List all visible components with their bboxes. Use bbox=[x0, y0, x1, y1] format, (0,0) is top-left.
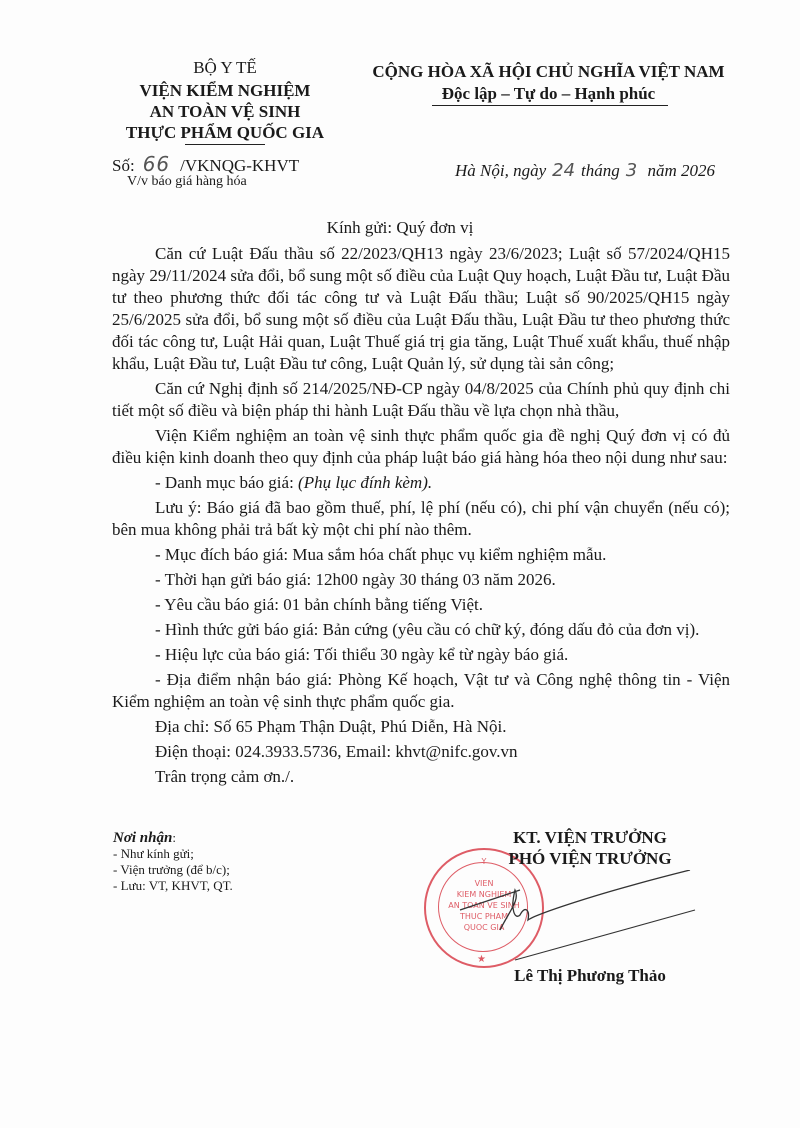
institute-name-line-2: AN TOÀN VỆ SINH bbox=[100, 101, 350, 122]
document-page: BỘ Y TẾ VIỆN KIỂM NGHIỆM AN TOÀN VỆ SINH… bbox=[0, 0, 800, 1128]
legal-basis-paragraph-2: Căn cứ Nghị định số 214/2025/NĐ-CP ngày … bbox=[112, 378, 730, 422]
document-number-handwritten: 66 bbox=[143, 152, 170, 176]
submission-form-item: - Hình thức gửi báo giá: Bản cứng (yêu c… bbox=[112, 619, 730, 641]
date-year: năm 2026 bbox=[647, 161, 715, 180]
catalog-item: - Danh mục báo giá: (Phụ lục đính kèm). bbox=[112, 472, 730, 494]
receiving-location-item: - Địa điểm nhận báo giá: Phòng Kế hoạch,… bbox=[112, 669, 730, 713]
note-paragraph: Lưu ý: Báo giá đã bao gồm thuế, phí, lệ … bbox=[112, 497, 730, 541]
contact-line: Điện thoại: 024.3933.5736, Email: khvt@n… bbox=[112, 741, 730, 763]
closing-line: Trân trọng cảm ơn./. bbox=[112, 766, 730, 788]
legal-basis-paragraph-1: Căn cứ Luật Đấu thầu số 22/2023/QH13 ngà… bbox=[112, 243, 730, 375]
document-subject: V/v báo giá hàng hóa bbox=[127, 174, 247, 190]
request-paragraph: Viện Kiểm nghiệm an toàn vệ sinh thực ph… bbox=[112, 425, 730, 469]
letter-body: Căn cứ Luật Đấu thầu số 22/2023/QH13 ngà… bbox=[112, 243, 730, 791]
date-prefix: Hà Nội, ngày bbox=[455, 161, 546, 180]
requirement-item: - Yêu cầu báo giá: 01 bản chính bằng tiế… bbox=[112, 594, 730, 616]
recipients-title-colon: : bbox=[172, 830, 176, 845]
nation-motto: Độc lập – Tự do – Hạnh phúc bbox=[366, 84, 731, 104]
date-month-label: tháng bbox=[581, 161, 620, 180]
recipients-title: Nơi nhận bbox=[113, 830, 172, 846]
catalog-label: - Danh mục báo giá: bbox=[155, 473, 298, 492]
recipients-block: Nơi nhận: - Như kính gửi; - Viện trưởng … bbox=[113, 830, 233, 894]
address-line: Địa chỉ: Số 65 Phạm Thận Duật, Phú Diễn,… bbox=[112, 716, 730, 738]
institute-name-line-1: VIỆN KIỂM NGHIỆM bbox=[100, 80, 350, 101]
validity-item: - Hiệu lực của báo giá: Tối thiểu 30 ngà… bbox=[112, 644, 730, 666]
document-number-prefix: Số: bbox=[112, 156, 135, 175]
recipient-item: - Viện trưởng (để b/c); bbox=[113, 862, 233, 878]
nation-title: CỘNG HÒA XÃ HỘI CHỦ NGHĨA VIỆT NAM bbox=[366, 62, 731, 82]
institute-name-line-3: THỰC PHẨM QUỐC GIA bbox=[100, 122, 350, 143]
contact-text: Điện thoại: 024.3933.5736, Email: khvt@n… bbox=[155, 742, 518, 761]
signature-title-line-2: PHÓ VIỆN TRƯỞNG bbox=[470, 849, 710, 869]
place-date: Hà Nội, ngày24tháng3 năm 2026 bbox=[455, 160, 715, 181]
institute-underline bbox=[185, 144, 265, 145]
purpose-item: - Mục đích báo giá: Mua sắm hóa chất phụ… bbox=[112, 544, 730, 566]
date-day-handwritten: 24 bbox=[552, 160, 575, 181]
document-number-suffix: /VKNQG-KHVT bbox=[180, 156, 299, 175]
recipient-item: - Lưu: VT, KHVT, QT. bbox=[113, 878, 233, 894]
handwritten-signature bbox=[440, 870, 700, 970]
signature-title-line-1: KT. VIỆN TRƯỞNG bbox=[470, 828, 710, 848]
motto-underline bbox=[432, 105, 668, 106]
document-number: Số:66/VKNQG-KHVT bbox=[112, 152, 299, 176]
recipient-item: - Như kính gửi; bbox=[113, 846, 233, 862]
deadline-item: - Thời hạn gửi báo giá: 12h00 ngày 30 th… bbox=[112, 569, 730, 591]
signer-name: Lê Thị Phương Thảo bbox=[470, 966, 710, 986]
date-month-handwritten: 3 bbox=[626, 160, 637, 181]
greeting: Kính gửi: Quý đơn vị bbox=[0, 218, 800, 238]
ministry-name: BỘ Y TẾ bbox=[100, 58, 350, 78]
catalog-value: (Phụ lục đính kèm). bbox=[298, 473, 432, 492]
